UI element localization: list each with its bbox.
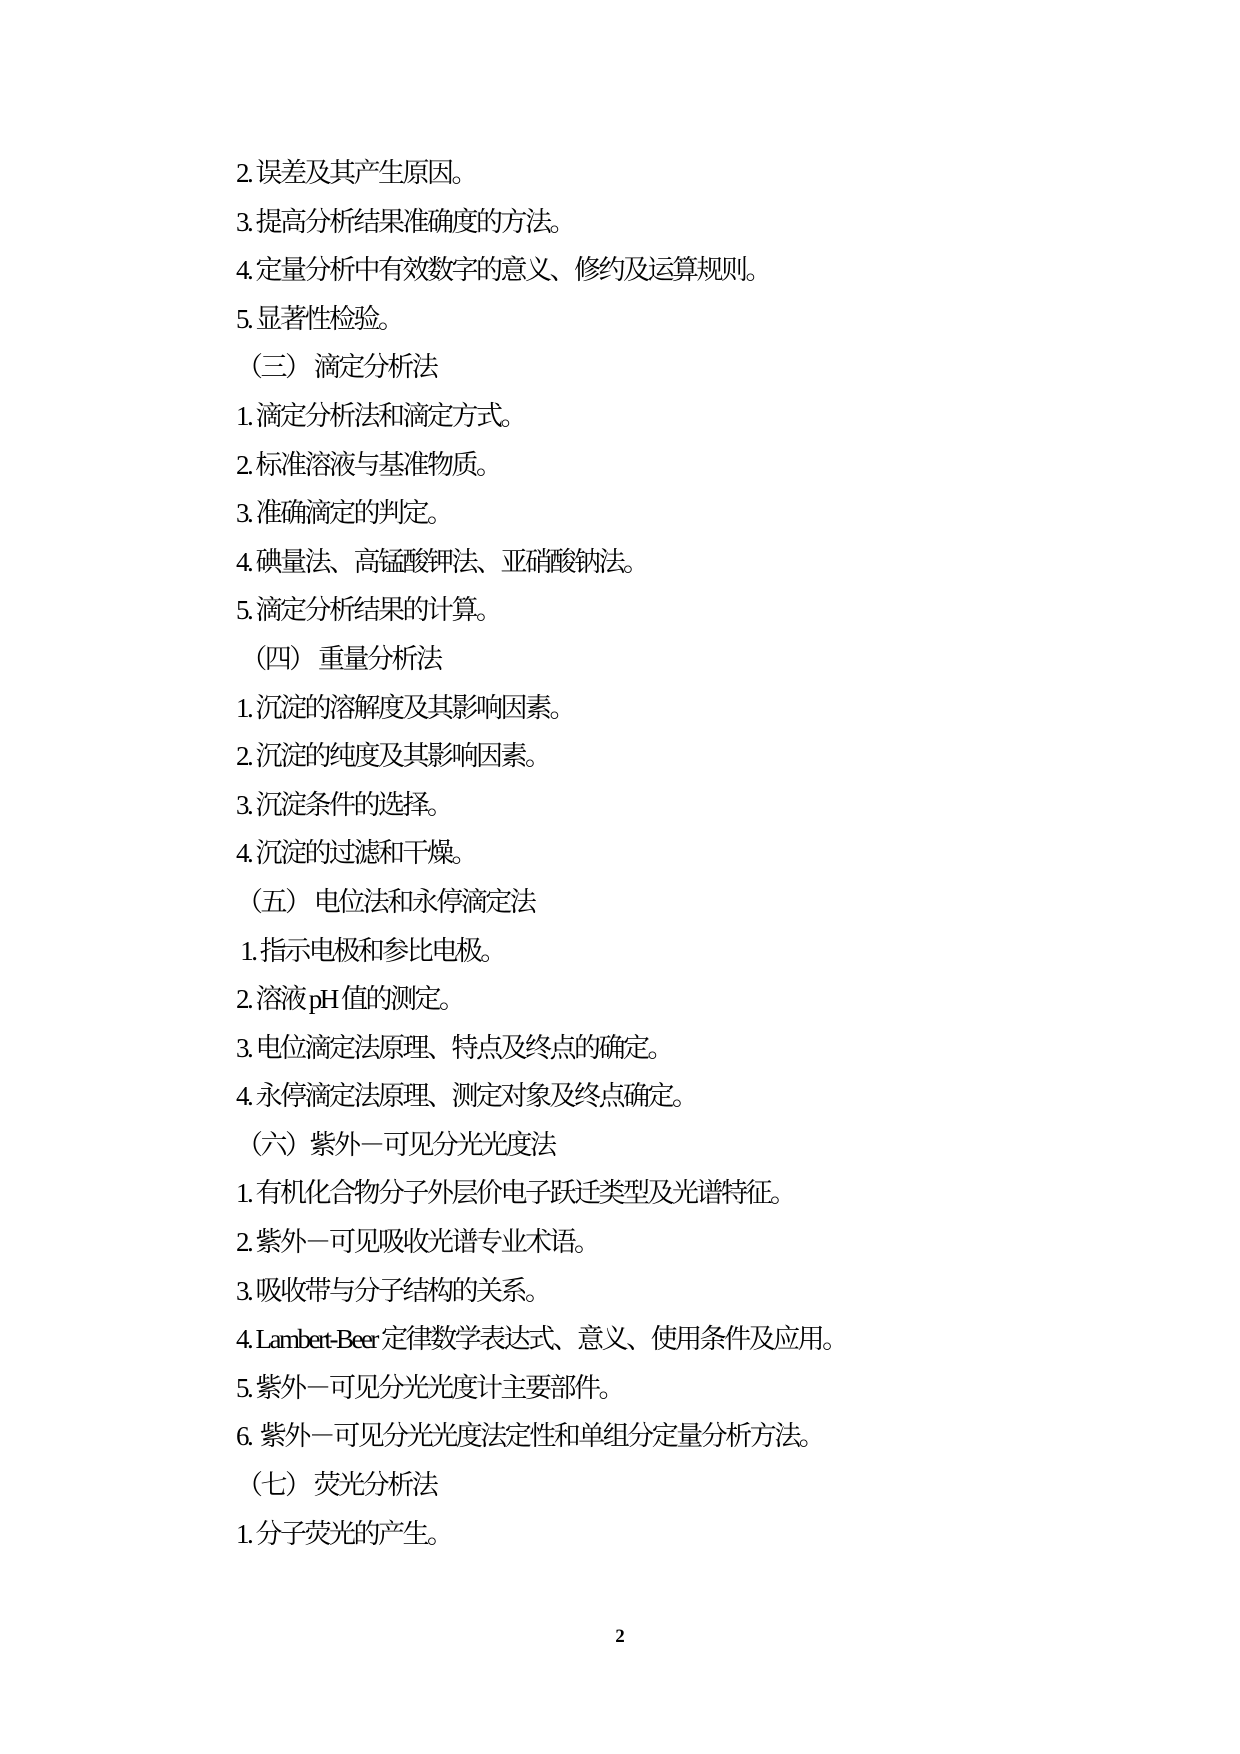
syllabus-outline: 2. 误差及其产生原因。3. 提高分析结果准确度的方法。4. 定量分析中有效数字… <box>236 149 1180 1558</box>
syllabus-line: 2. 标准溶液与基准物质。 <box>236 441 1180 490</box>
syllabus-line: 3. 提高分析结果准确度的方法。 <box>236 198 1180 247</box>
syllabus-line: 2. 误差及其产生原因。 <box>236 149 1180 198</box>
syllabus-line: （四） 重量分析法 <box>236 635 1180 684</box>
syllabus-line: 2. 溶液 pH 值的测定。 <box>236 975 1180 1024</box>
syllabus-line: 1. 滴定分析法和滴定方式。 <box>236 392 1180 441</box>
syllabus-line: 5. 紫外－可见分光光度计主要部件。 <box>236 1364 1180 1413</box>
syllabus-line: 3. 电位滴定法原理、特点及终点的确定。 <box>236 1024 1180 1073</box>
syllabus-line: 2. 沉淀的纯度及其影响因素。 <box>236 732 1180 781</box>
syllabus-line: 4. 定量分析中有效数字的意义、修约及运算规则。 <box>236 246 1180 295</box>
syllabus-line: 6. 紫外－可见分光光度法定性和单组分定量分析方法。 <box>236 1412 1180 1461</box>
syllabus-line: 4. 碘量法、高锰酸钾法、亚硝酸钠法。 <box>236 538 1180 587</box>
syllabus-line: 2. 紫外－可见吸收光谱专业术语。 <box>236 1218 1180 1267</box>
syllabus-line: 5. 滴定分析结果的计算。 <box>236 586 1180 635</box>
page-number: 2 <box>615 1626 625 1647</box>
syllabus-line: （五） 电位法和永停滴定法 <box>236 878 1180 927</box>
syllabus-line: （七） 荧光分析法 <box>236 1461 1180 1510</box>
syllabus-line: 4. Lambert-Beer 定律数学表达式、意义、使用条件及应用。 <box>236 1315 1180 1364</box>
syllabus-line: 3. 吸收带与分子结构的关系。 <box>236 1267 1180 1316</box>
syllabus-line: 1. 指示电极和参比电极。 <box>236 927 1180 976</box>
syllabus-line: 4. 沉淀的过滤和干燥。 <box>236 829 1180 878</box>
syllabus-line: （六）紫外－可见分光光度法 <box>236 1121 1180 1170</box>
syllabus-line: 4. 永停滴定法原理、测定对象及终点确定。 <box>236 1072 1180 1121</box>
syllabus-line: 1. 分子荧光的产生。 <box>236 1510 1180 1559</box>
syllabus-line: （三） 滴定分析法 <box>236 343 1180 392</box>
syllabus-line: 5. 显著性检验。 <box>236 295 1180 344</box>
syllabus-line: 3. 准确滴定的判定。 <box>236 489 1180 538</box>
document-page: 2. 误差及其产生原因。3. 提高分析结果准确度的方法。4. 定量分析中有效数字… <box>0 0 1240 1754</box>
syllabus-line: 1. 沉淀的溶解度及其影响因素。 <box>236 684 1180 733</box>
page-footer: 2 <box>0 1626 1240 1648</box>
syllabus-line: 1. 有机化合物分子外层价电子跃迁类型及光谱特征。 <box>236 1169 1180 1218</box>
syllabus-line: 3. 沉淀条件的选择。 <box>236 781 1180 830</box>
